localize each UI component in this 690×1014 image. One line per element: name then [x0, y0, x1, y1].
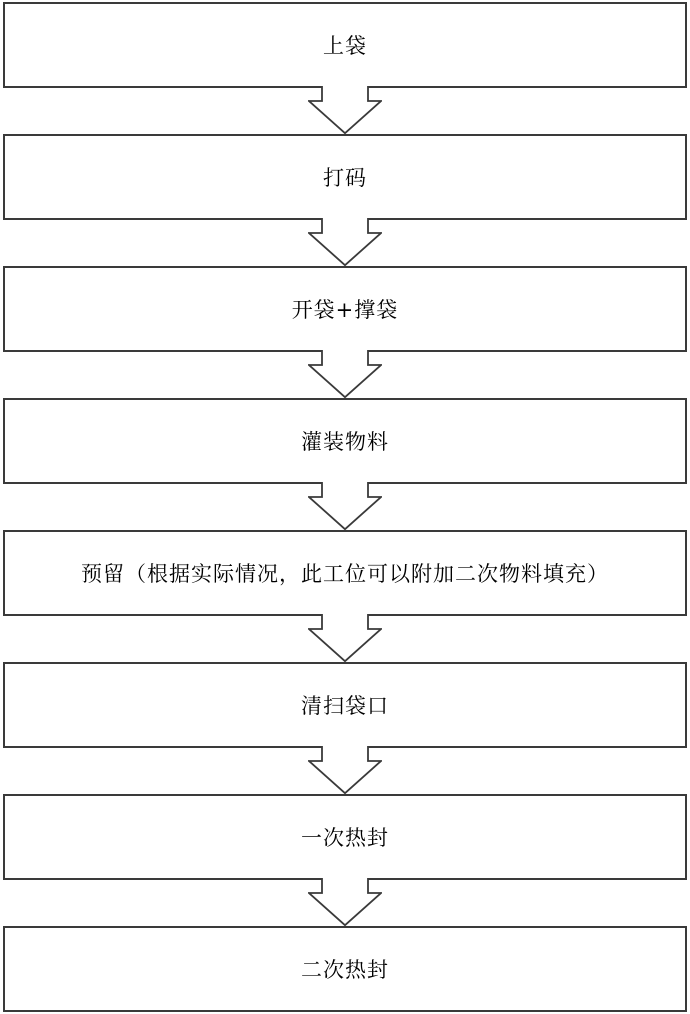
process-box: 上袋: [3, 2, 687, 88]
down-arrow-icon: [308, 746, 382, 794]
down-arrow-icon: [308, 878, 382, 926]
process-label: 开袋+撑袋: [292, 294, 399, 324]
process-label: 一次热封: [301, 822, 389, 852]
process-box: 灌装物料: [3, 398, 687, 484]
flow-step: 灌装物料: [3, 398, 687, 484]
process-label: 清扫袋口: [301, 690, 389, 720]
flow-step: 清扫袋口: [3, 662, 687, 748]
process-box: 清扫袋口: [3, 662, 687, 748]
process-box: 二次热封: [3, 926, 687, 1012]
process-box: 打码: [3, 134, 687, 220]
down-arrow-icon: [308, 86, 382, 134]
flow-step: 上袋: [3, 2, 687, 88]
flow-step: 一次热封: [3, 794, 687, 880]
process-label: 灌装物料: [301, 426, 389, 456]
down-arrow-icon: [308, 350, 382, 398]
flow-step: 开袋+撑袋: [3, 266, 687, 352]
process-label: 预留（根据实际情况，此工位可以附加二次物料填充）: [81, 558, 609, 588]
process-label: 打码: [323, 162, 367, 192]
process-label: 二次热封: [301, 954, 389, 984]
flow-steps-container: 上袋 打码 开袋+撑袋 灌装物料 预留（根据实际情况，此工位可以附加二次物料填充: [0, 2, 690, 1012]
down-arrow-icon: [308, 218, 382, 266]
flow-step: 打码: [3, 134, 687, 220]
down-arrow-icon: [308, 482, 382, 530]
flow-step: 二次热封: [3, 926, 687, 1012]
flowchart: 上袋 打码 开袋+撑袋 灌装物料 预留（根据实际情况，此工位可以附加二次物料填充: [0, 0, 690, 1014]
process-box: 开袋+撑袋: [3, 266, 687, 352]
down-arrow-icon: [308, 614, 382, 662]
process-box: 预留（根据实际情况，此工位可以附加二次物料填充）: [3, 530, 687, 616]
process-box: 一次热封: [3, 794, 687, 880]
flow-step: 预留（根据实际情况，此工位可以附加二次物料填充）: [3, 530, 687, 616]
process-label: 上袋: [323, 30, 367, 60]
